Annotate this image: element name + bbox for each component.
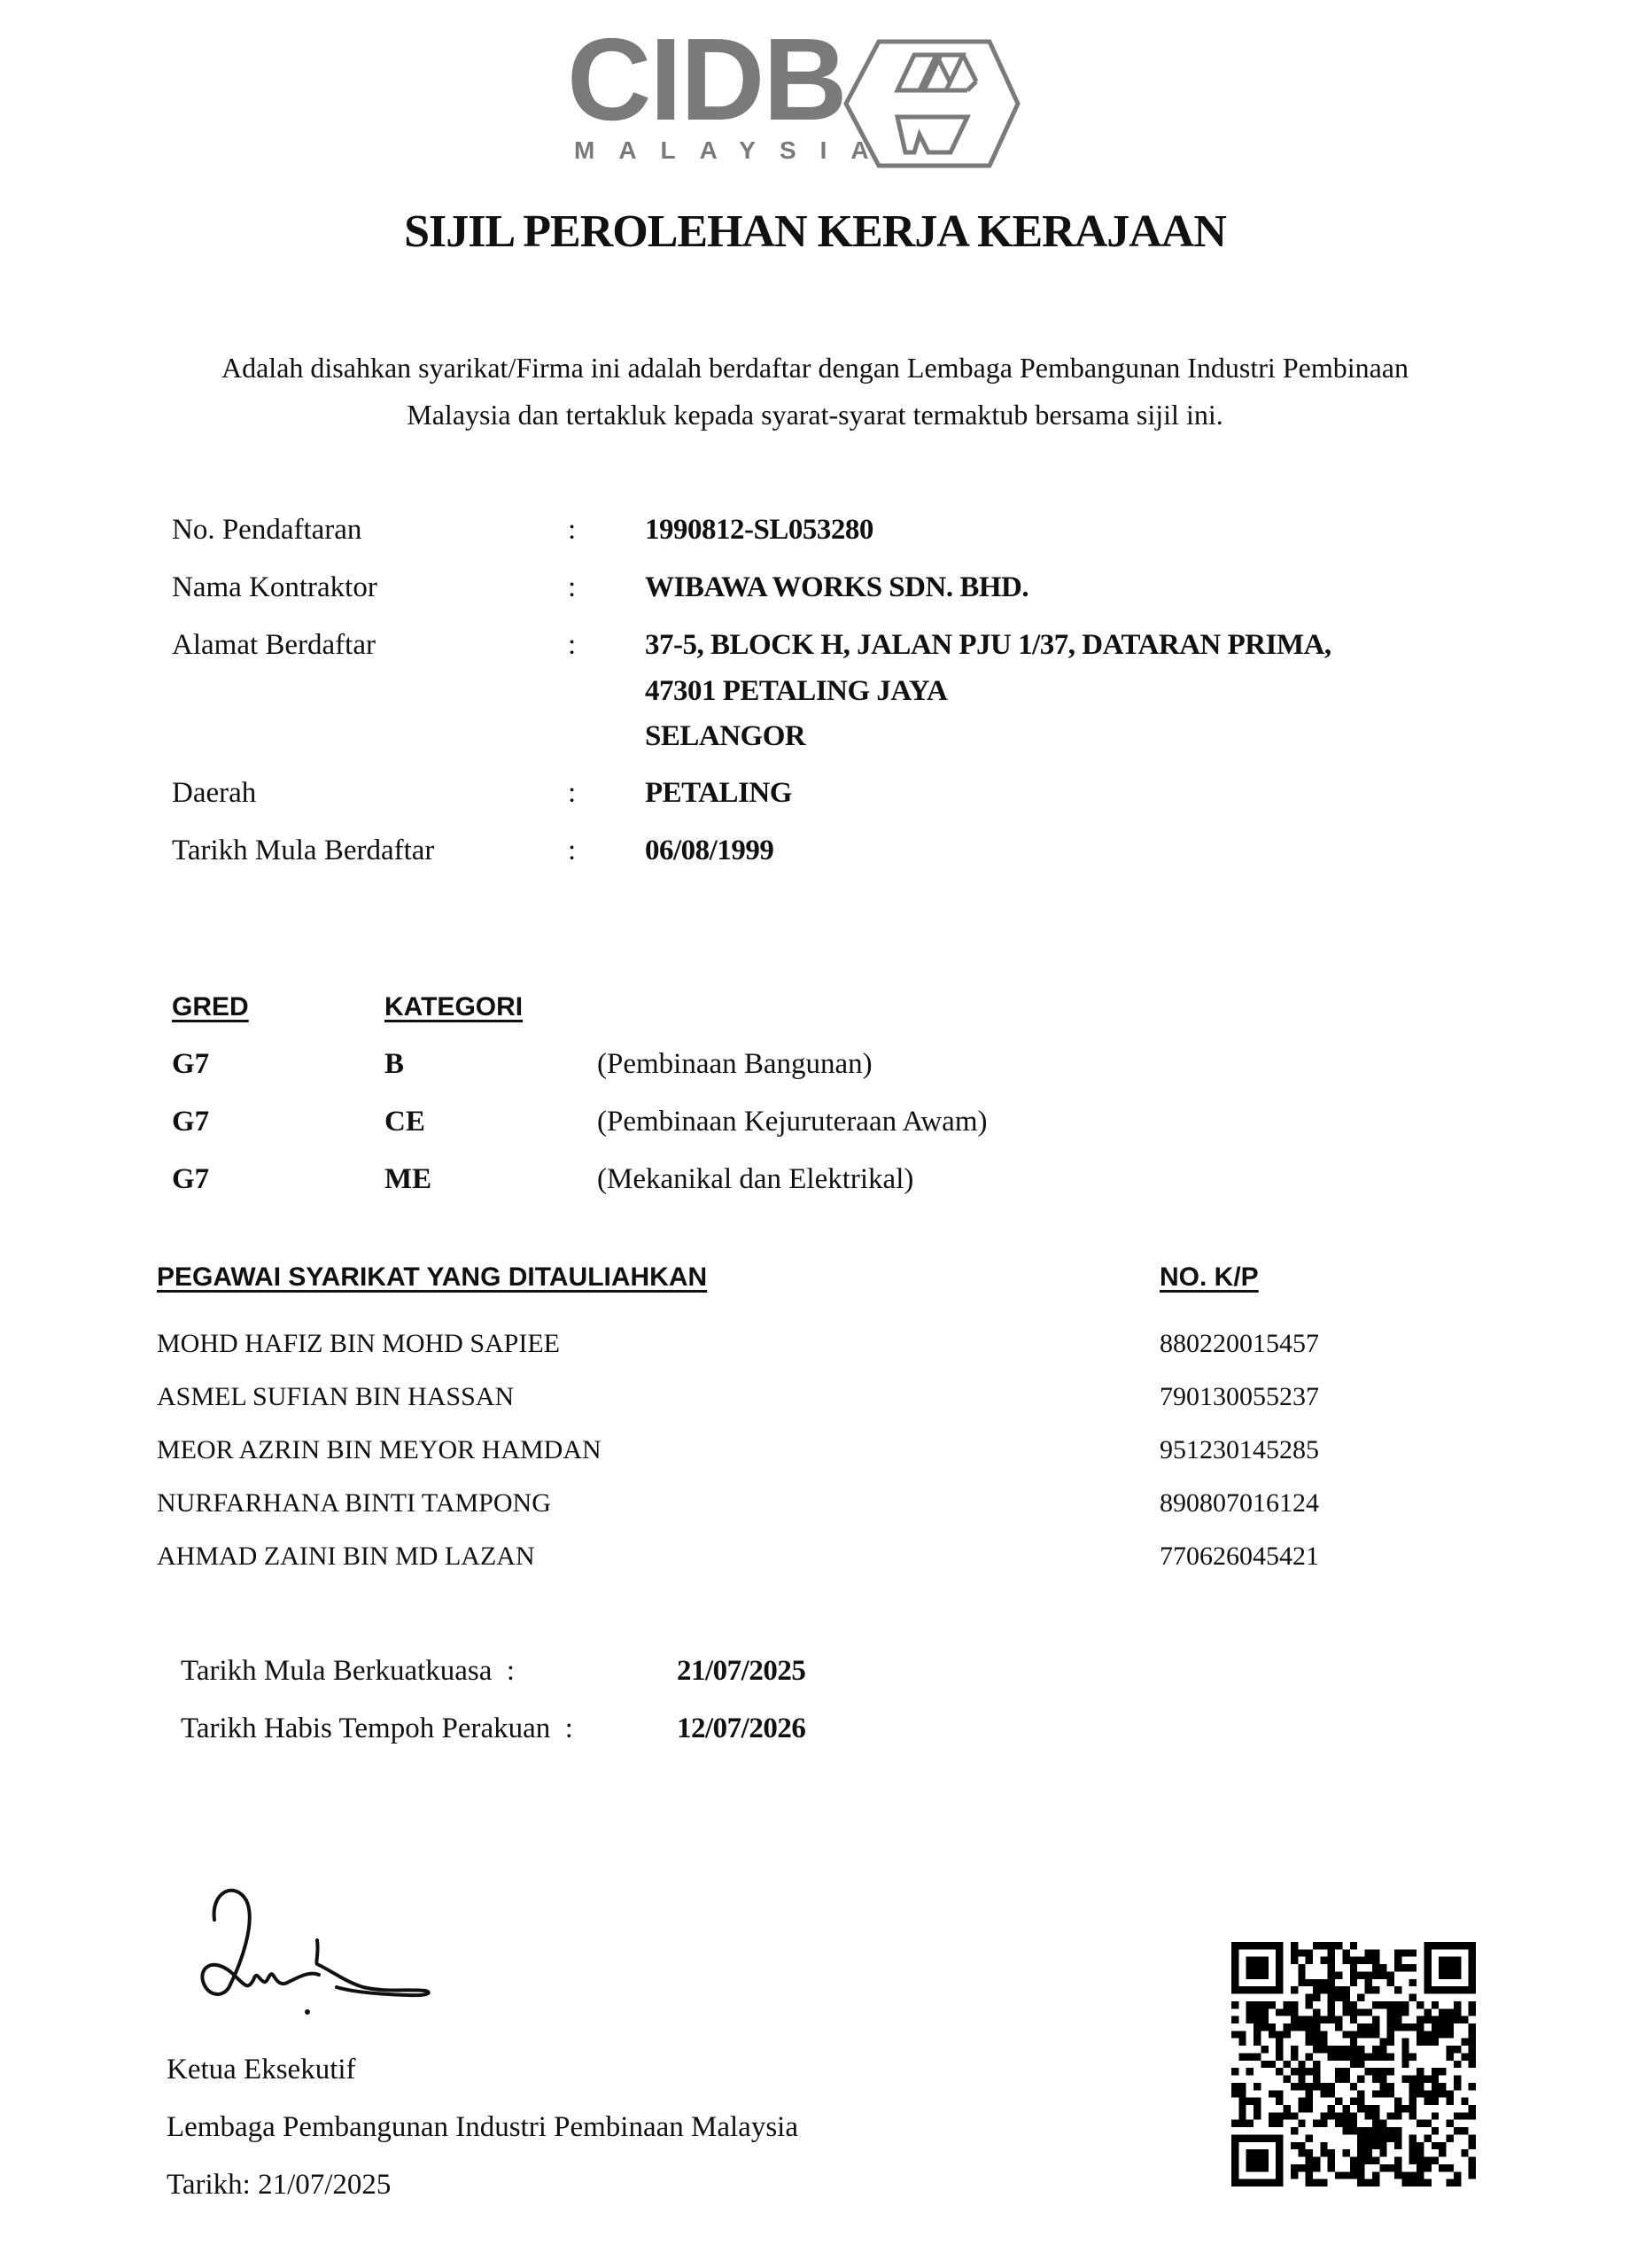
ic-number-header: NO. K/P [1160, 1262, 1259, 1293]
label-registration-date: Tarikh Mula Berdaftar [172, 835, 434, 867]
category-description: (Mekanikal dan Elektrikal) [597, 1163, 913, 1196]
intro-line-1: Adalah disahkan syarikat/Firma ini adala… [0, 352, 1630, 384]
category-description: (Pembinaan Kejuruteraan Awam) [597, 1106, 987, 1138]
value-district: PETALING [645, 777, 792, 810]
separator: : [568, 629, 576, 662]
intro-line-2: Malaysia dan tertakluk kepada syarat-sya… [0, 399, 1630, 431]
separator: : [568, 514, 576, 547]
value-expiry-date: 12/07/2026 [677, 1713, 805, 1745]
personnel-name: MOHD HAFIZ BIN MOHD SAPIEE [157, 1329, 560, 1359]
grade-value: G7 [172, 1106, 209, 1138]
value-address-line-2: 47301 PETALING JAYA [645, 675, 947, 708]
personnel-ic: 790130055237 [1160, 1382, 1319, 1412]
value-effective-date: 21/07/2025 [677, 1655, 805, 1688]
signatory-date: Tarikh: 21/07/2025 [167, 2169, 391, 2202]
personnel-header: PEGAWAI SYARIKAT YANG DITAULIAHKAN [157, 1262, 707, 1293]
certificate-title: SIJIL PEROLEHAN KERJA KERAJAAN [0, 206, 1630, 258]
personnel-ic: 890807016124 [1160, 1488, 1319, 1518]
value-address-line-1: 37-5, BLOCK H, JALAN PJU 1/37, DATARAN P… [645, 629, 1331, 662]
label-effective-date: Tarikh Mula Berkuatkuasa : [181, 1655, 515, 1688]
cidb-emblem-icon [843, 39, 1021, 168]
label-address: Alamat Berdaftar [172, 629, 376, 662]
personnel-ic: 951230145285 [1160, 1435, 1319, 1465]
personnel-ic: 880220015457 [1160, 1329, 1319, 1359]
qr-code-icon [1231, 1942, 1476, 2186]
label-registration-no: No. Pendaftaran [172, 514, 361, 547]
label-district: Daerah [172, 777, 256, 810]
personnel-name: MEOR AZRIN BIN MEYOR HAMDAN [157, 1435, 602, 1465]
category-code: ME [384, 1163, 431, 1196]
separator: : [568, 571, 576, 604]
value-registration-no: 1990812-SL053280 [645, 514, 873, 547]
separator: : [568, 835, 576, 867]
personnel-name: AHMAD ZAINI BIN MD LAZAN [157, 1542, 535, 1572]
personnel-name: NURFARHANA BINTI TAMPONG [157, 1488, 551, 1518]
grade-value: G7 [172, 1048, 209, 1081]
label-expiry-date: Tarikh Habis Tempoh Perakuan : [181, 1713, 573, 1745]
value-registration-date: 06/08/1999 [645, 835, 773, 867]
category-code: B [384, 1048, 404, 1081]
category-header: KATEGORI [384, 992, 523, 1022]
grade-header: GRED [172, 992, 249, 1022]
value-address-line-3: SELANGOR [645, 720, 805, 753]
label-contractor-name: Nama Kontraktor [172, 571, 377, 604]
logo-brand: CIDB [567, 21, 846, 138]
value-contractor-name: WIBAWA WORKS SDN. BHD. [645, 571, 1028, 604]
personnel-ic: 770626045421 [1160, 1542, 1319, 1572]
signatory-position: Ketua Eksekutif [167, 2054, 356, 2086]
signature-icon [195, 1883, 461, 2042]
personnel-name: ASMEL SUFIAN BIN HASSAN [157, 1382, 514, 1412]
signatory-organization: Lembaga Pembangunan Industri Pembinaan M… [167, 2111, 798, 2144]
cidb-logo: CIDB MALAYSIA [567, 34, 1045, 175]
category-code: CE [384, 1106, 425, 1138]
grade-value: G7 [172, 1163, 209, 1196]
separator: : [568, 777, 576, 810]
category-description: (Pembinaan Bangunan) [597, 1048, 873, 1081]
